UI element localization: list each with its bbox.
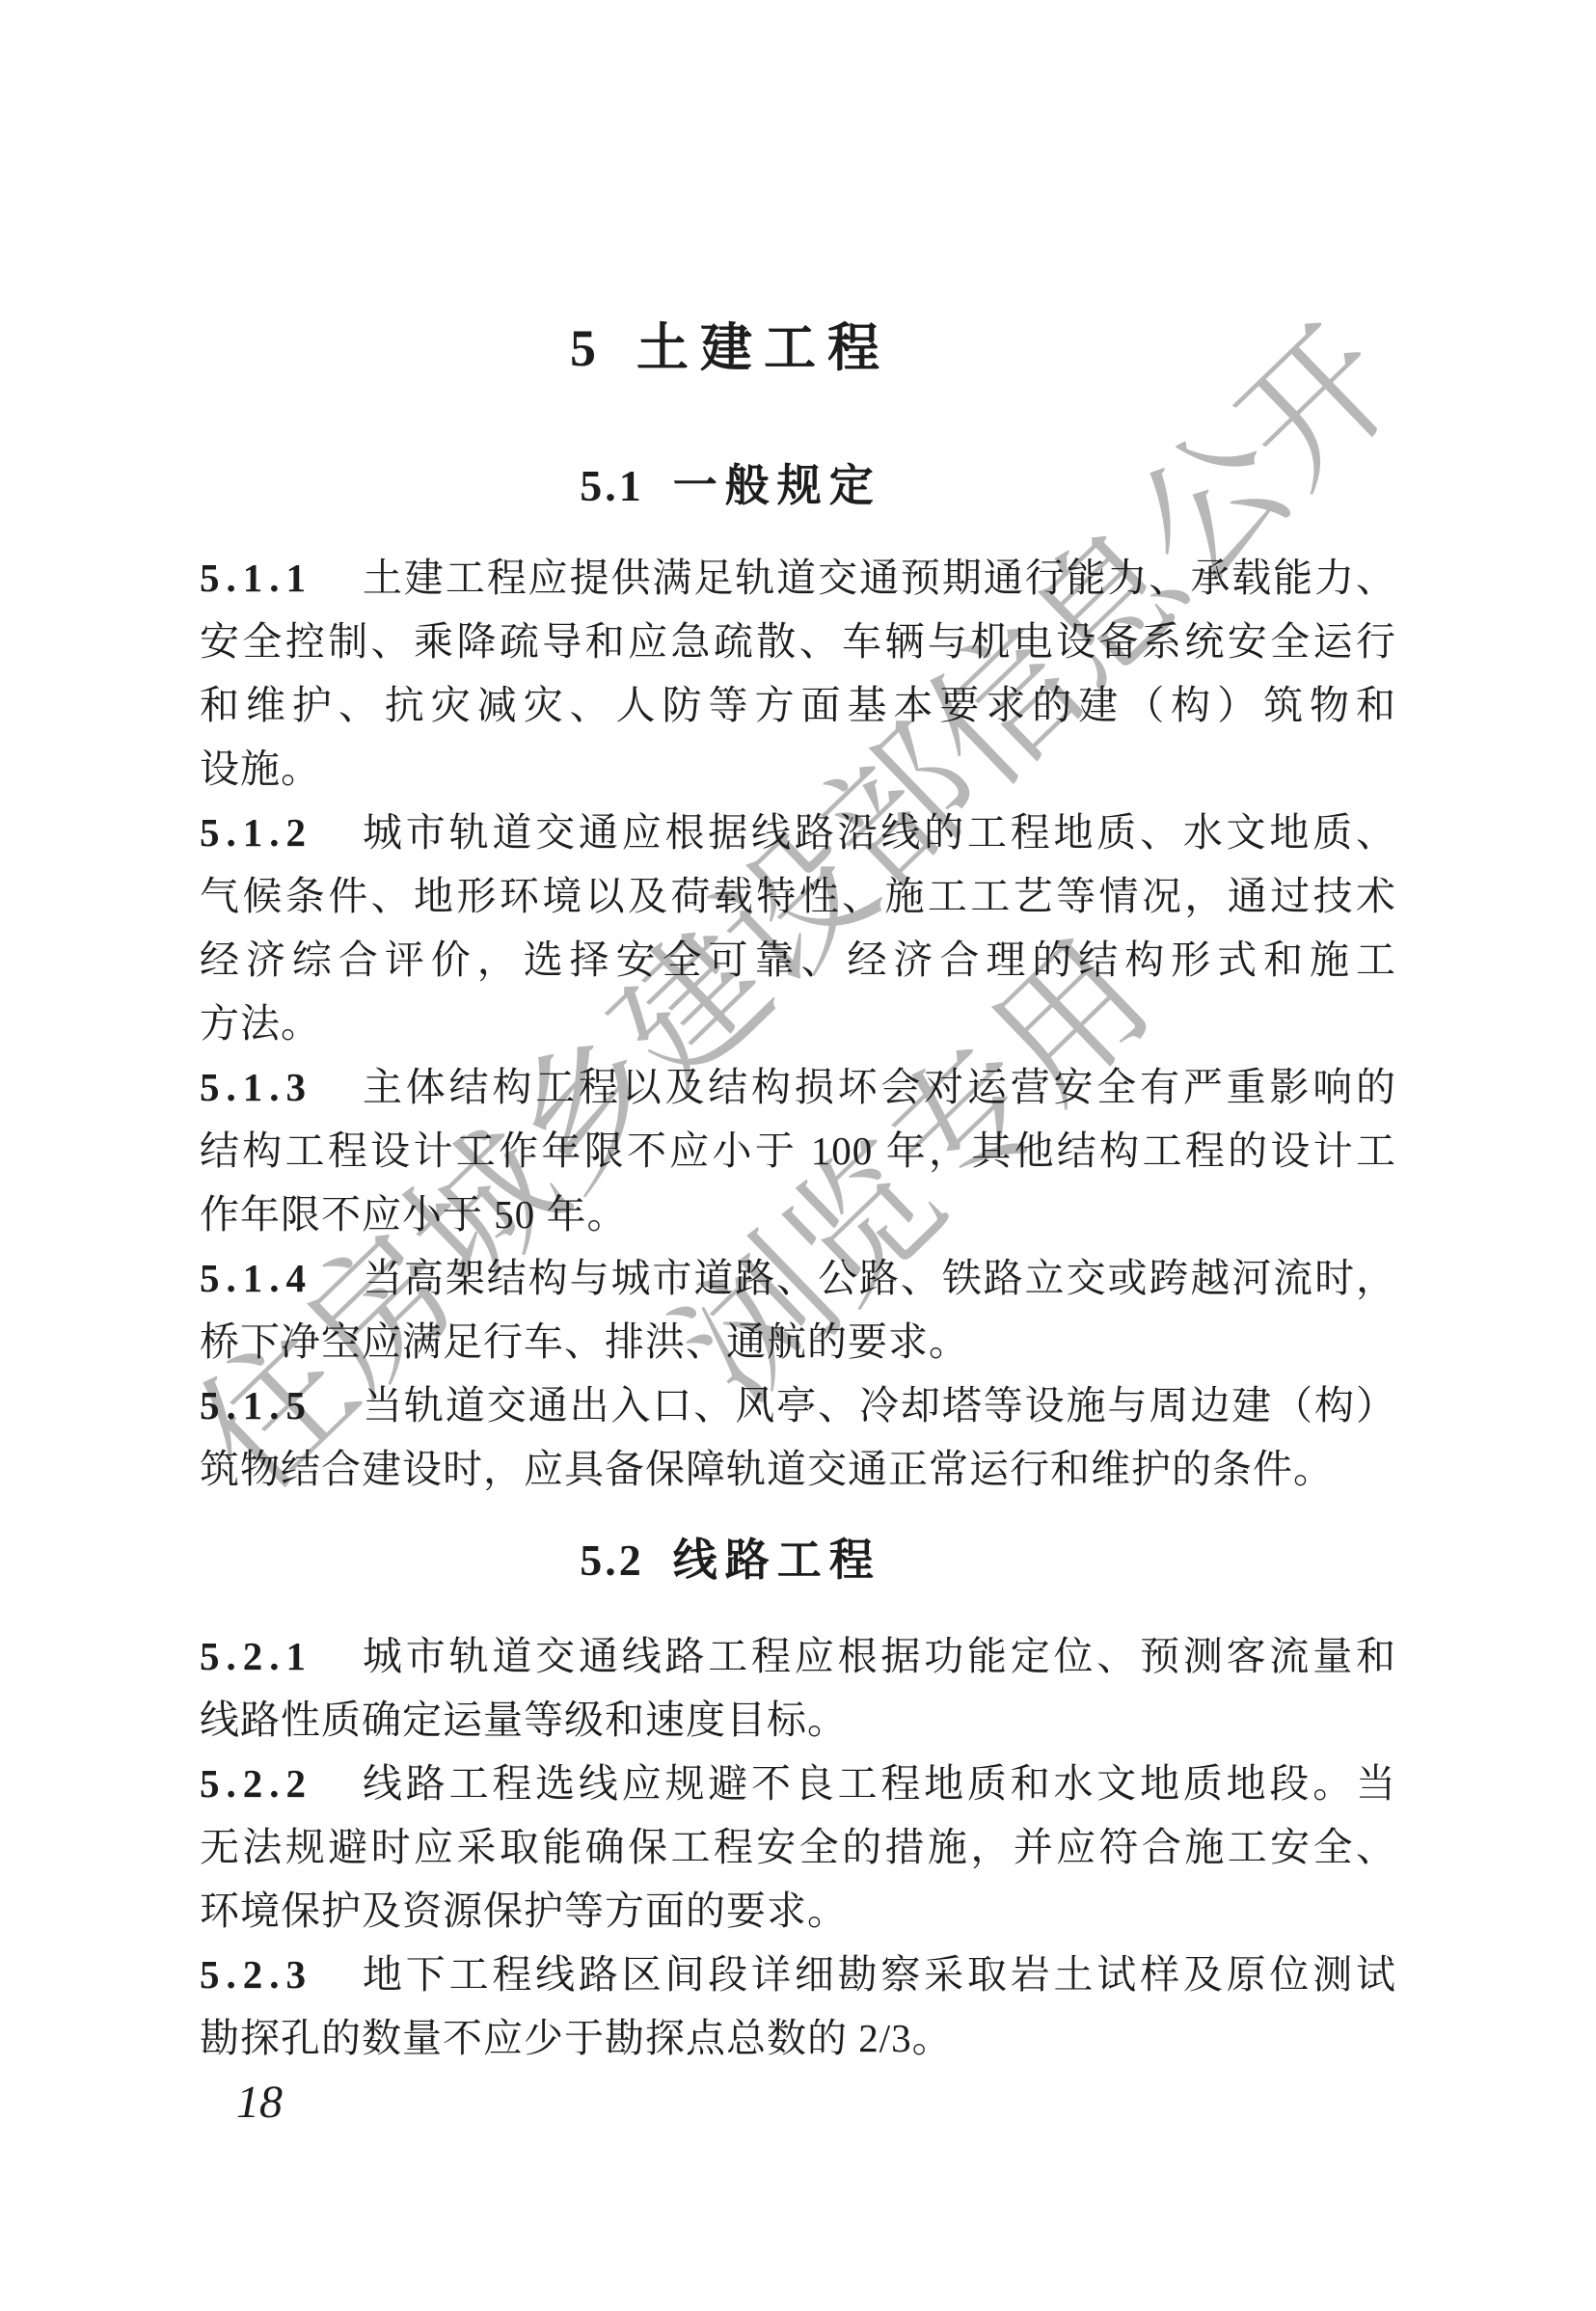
section-5-2-number: 5.2 — [580, 1536, 644, 1585]
clause-5.1.1-line-3: 和维护、抗灾减灾、人防等方面基本要求的建（构）筑物和 — [200, 673, 1396, 737]
clause-text: 主体结构工程以及结构损坏会对运营安全有严重影响的 — [363, 1055, 1396, 1119]
section-5-1-heading: 5.1一般规定 — [132, 461, 1329, 511]
clause-number: 5.1.4 — [200, 1246, 312, 1310]
section-5-1-clauses: 5.1.1土建工程应提供满足轨道交通预期通行能力、承载能力、安全控制、乘降疏导和… — [200, 546, 1396, 1501]
clause-text: 城市轨道交通应根据线路沿线的工程地质、水文地质、 — [363, 801, 1396, 864]
clause-5.2.3-line-2: 勘探孔的数量不应少于勘探点总数的 2/3。 — [200, 2006, 1396, 2070]
clause-5.2.2-line-2: 无法规避时应采取能确保工程安全的措施，并应符合施工安全、 — [200, 1815, 1396, 1879]
clause-text: 土建工程应提供满足轨道交通预期通行能力、承载能力、 — [363, 546, 1396, 610]
page-content: 5土建工程 5.1一般规定 5.1.1土建工程应提供满足轨道交通预期通行能力、承… — [200, 0, 1396, 2311]
clause-5.2.3-line-1: 5.2.3地下工程线路区间段详细勘察采取岩土试样及原位测试 — [200, 1943, 1396, 2006]
clause-number-gap — [312, 1246, 363, 1310]
clause-5.1.3-line-3: 作年限不应小于 50 年。 — [200, 1183, 1396, 1246]
clause-5.2.1-line-2: 线路性质确定运量等级和速度目标。 — [200, 1688, 1396, 1752]
clause-5.1.3-line-2: 结构工程设计工作年限不应小于 100 年，其他结构工程的设计工 — [200, 1119, 1396, 1183]
clause-number: 5.1.2 — [200, 801, 312, 864]
clause-number-gap — [312, 1373, 363, 1437]
clause-5.1.3-line-1: 5.1.3主体结构工程以及结构损坏会对运营安全有严重影响的 — [200, 1055, 1396, 1119]
clause-number: 5.2.2 — [200, 1752, 312, 1815]
chapter-title: 土建工程 — [636, 319, 891, 377]
clause-5.1.4-line-2: 桥下净空应满足行车、排洪、通航的要求。 — [200, 1310, 1396, 1373]
clause-text: 地下工程线路区间段详细勘察采取岩土试样及原位测试 — [363, 1943, 1396, 2006]
section-5-2-title: 线路工程 — [673, 1536, 881, 1585]
clause-5.1.5-line-2: 筑物结合建设时，应具备保障轨道交通正常运行和维护的条件。 — [200, 1437, 1396, 1501]
clause-5.1.2-line-1: 5.1.2城市轨道交通应根据线路沿线的工程地质、水文地质、 — [200, 801, 1396, 864]
clause-number: 5.1.1 — [200, 546, 312, 610]
clause-5.1.2-line-2: 气候条件、地形环境以及荷载特性、施工工艺等情况，通过技术 — [200, 864, 1396, 928]
clause-number: 5.1.3 — [200, 1055, 312, 1119]
clause-5.1.2-line-3: 经济综合评价，选择安全可靠、经济合理的结构形式和施工 — [200, 928, 1396, 992]
clause-5.2.2-line-3: 环境保护及资源保护等方面的要求。 — [200, 1879, 1396, 1943]
document-page: 住房城乡建设部信息公开 浏览专用 5土建工程 5.1一般规定 5.1.1土建工程… — [0, 0, 1596, 2311]
clause-text: 当轨道交通出入口、风亭、冷却塔等设施与周边建（构） — [363, 1373, 1396, 1437]
section-5-1-title: 一般规定 — [673, 461, 881, 510]
clause-number: 5.2.3 — [200, 1943, 312, 2006]
clause-text: 当高架结构与城市道路、公路、铁路立交或跨越河流时， — [363, 1246, 1396, 1310]
clause-number-gap — [312, 546, 363, 610]
clause-5.2.2-line-1: 5.2.2线路工程选线应规避不良工程地质和水文地质地段。当 — [200, 1752, 1396, 1815]
clause-text: 线路工程选线应规避不良工程地质和水文地质地段。当 — [363, 1752, 1396, 1815]
section-5-1-number: 5.1 — [580, 461, 644, 510]
chapter-heading: 5土建工程 — [132, 318, 1329, 378]
clause-text: 城市轨道交通线路工程应根据功能定位、预测客流量和 — [363, 1624, 1396, 1688]
clause-5.1.5-line-1: 5.1.5当轨道交通出入口、风亭、冷却塔等设施与周边建（构） — [200, 1373, 1396, 1437]
section-5-1: 5.1一般规定 5.1.1土建工程应提供满足轨道交通预期通行能力、承载能力、安全… — [200, 461, 1396, 511]
clause-number-gap — [312, 1943, 363, 2006]
clause-5.1.1-line-2: 安全控制、乘降疏导和应急疏散、车辆与机电设备系统安全运行 — [200, 610, 1396, 673]
clause-number: 5.1.5 — [200, 1373, 312, 1437]
clause-number-gap — [312, 801, 363, 864]
clause-number: 5.2.1 — [200, 1624, 312, 1688]
clause-number-gap — [312, 1752, 363, 1815]
section-5-2-heading: 5.2线路工程 — [132, 1536, 1329, 1586]
section-5-2: 5.2线路工程 5.2.1城市轨道交通线路工程应根据功能定位、预测客流量和线路性… — [200, 1536, 1396, 1586]
section-5-2-clauses: 5.2.1城市轨道交通线路工程应根据功能定位、预测客流量和线路性质确定运量等级和… — [200, 1624, 1396, 2070]
clause-5.2.1-line-1: 5.2.1城市轨道交通线路工程应根据功能定位、预测客流量和 — [200, 1624, 1396, 1688]
clause-number-gap — [312, 1624, 363, 1688]
clause-5.1.1-line-4: 设施。 — [200, 737, 1396, 801]
clause-5.1.1-line-1: 5.1.1土建工程应提供满足轨道交通预期通行能力、承载能力、 — [200, 546, 1396, 610]
clause-5.1.4-line-1: 5.1.4当高架结构与城市道路、公路、铁路立交或跨越河流时， — [200, 1246, 1396, 1310]
chapter-number: 5 — [570, 319, 596, 377]
clause-5.1.2-line-4: 方法。 — [200, 992, 1396, 1055]
page-number: 18 — [236, 2076, 283, 2130]
clause-number-gap — [312, 1055, 363, 1119]
